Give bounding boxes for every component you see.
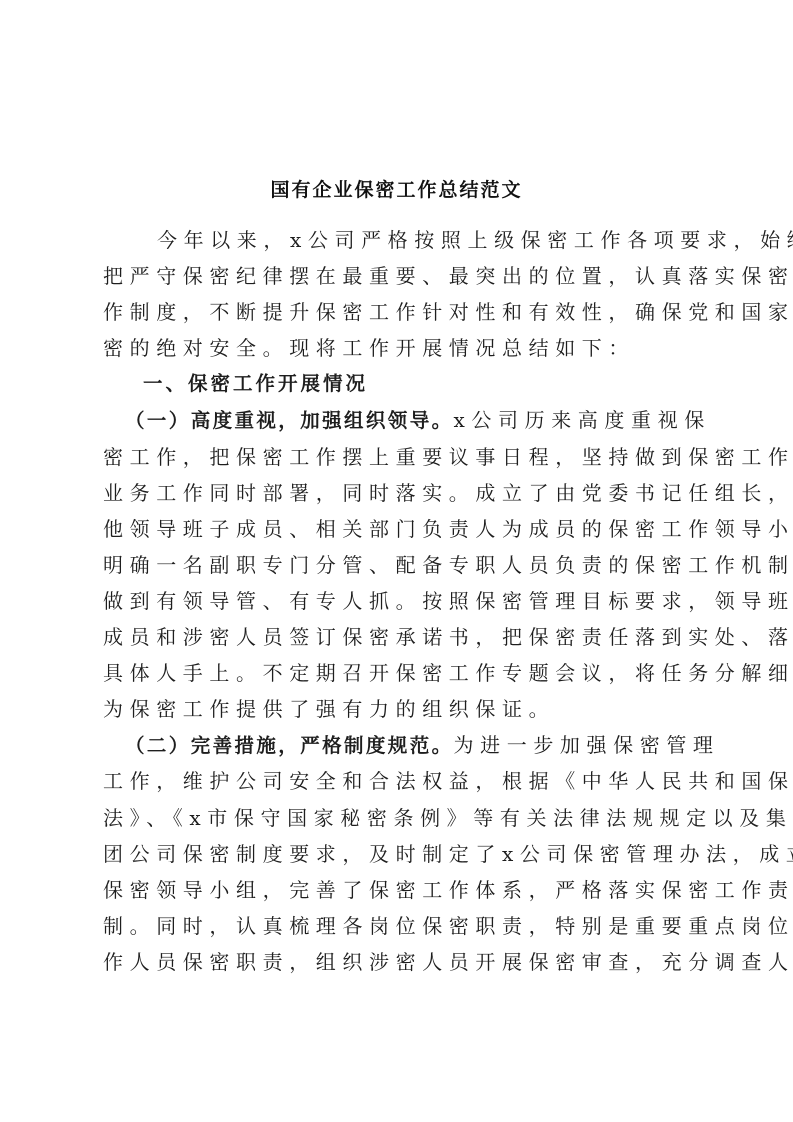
intro-line: 今年以来，x公司严格按照上级保密工作各项要求，始终	[103, 222, 678, 258]
paragraph-line: 做到有领导管、有专人抓。按照保密管理目标要求，领导班子	[103, 583, 678, 619]
document-title: 国有企业保密工作总结范文	[0, 176, 793, 204]
document-body: 今年以来，x公司严格按照上级保密工作各项要求，始终 把严守保密纪律摆在最重要、最…	[103, 222, 678, 980]
intro-line: 作制度，不断提升保密工作针对性和有效性，确保党和国家秘	[103, 294, 678, 330]
intro-line: 把严守保密纪律摆在最重要、最突出的位置，认真落实保密工	[103, 258, 678, 294]
paragraph-line: 保密领导小组，完善了保密工作体系，严格落实保密工作责任	[103, 872, 678, 908]
subsection-bold-lead: （二）完善措施，严格制度规范。	[125, 734, 454, 757]
subsection-lead-line: （二）完善措施，严格制度规范。为进一步加强保密管理	[103, 727, 678, 763]
paragraph-line: 为保密工作提供了强有力的组织保证。	[103, 691, 678, 727]
subsection-bold-lead: （一）高度重视，加强组织领导。	[125, 409, 454, 432]
paragraph-line: 明确一名副职专门分管、配备专职人员负责的保密工作机制，	[103, 547, 678, 583]
paragraph-line: 密工作，把保密工作摆上重要议事日程，坚持做到保密工作与	[103, 439, 678, 475]
document-page: 国有企业保密工作总结范文 今年以来，x公司严格按照上级保密工作各项要求，始终 把…	[0, 0, 793, 1122]
paragraph-line: 具体人手上。不定期召开保密工作专题会议，将任务分解细化，	[103, 655, 678, 691]
paragraph-line: 成员和涉密人员签订保密承诺书，把保密责任落到实处、落到	[103, 619, 678, 655]
paragraph-line: 工作，维护公司安全和合法权益，根据《中华人民共和国保密	[103, 763, 678, 799]
subsection-lead-text: 为进一步加强保密管理	[454, 733, 720, 757]
paragraph-line: 制。同时，认真梳理各岗位保密职责，特别是重要重点岗位工	[103, 908, 678, 944]
subsection-lead-text: x公司历来高度重视保	[454, 408, 711, 432]
section-heading: 一、保密工作开展情况	[103, 366, 678, 402]
paragraph-line: 团公司保密制度要求，及时制定了x公司保密管理办法，成立	[103, 836, 678, 872]
paragraph-line: 法》、《x市保守国家秘密条例》等有关法律法规规定以及集	[103, 800, 678, 836]
paragraph-line: 他领导班子成员、相关部门负责人为成员的保密工作领导小组。	[103, 511, 678, 547]
intro-line: 密的绝对安全。现将工作开展情况总结如下：	[103, 330, 678, 366]
paragraph-line: 作人员保密职责，组织涉密人员开展保密审查，充分调查人员	[103, 944, 678, 980]
paragraph-line: 业务工作同时部署，同时落实。成立了由党委书记任组长，其	[103, 475, 678, 511]
subsection-lead-line: （一）高度重视，加强组织领导。x公司历来高度重视保	[103, 402, 678, 438]
